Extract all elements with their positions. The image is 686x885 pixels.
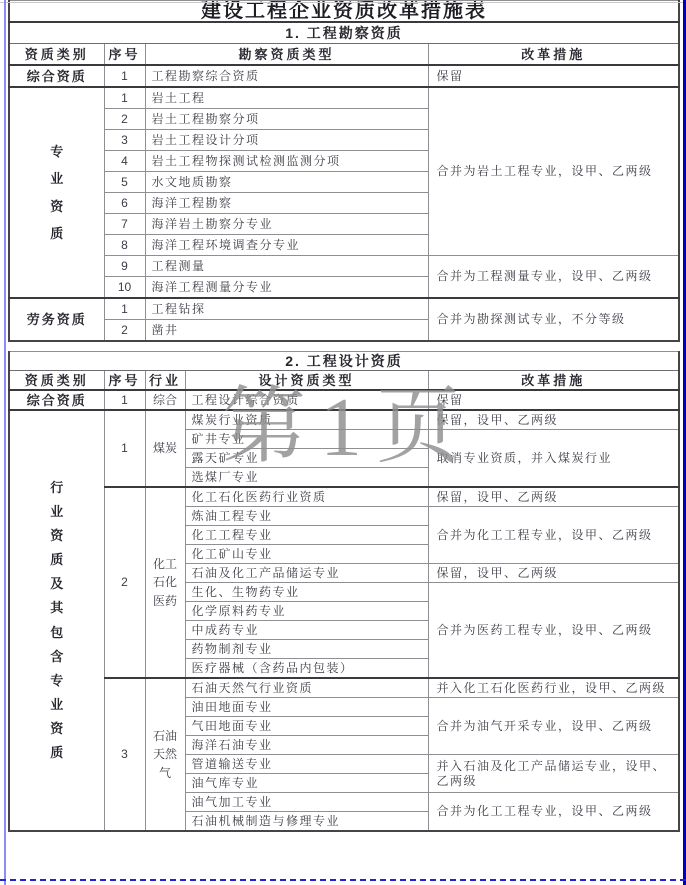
serial-cell: 3 <box>104 130 145 151</box>
serial-cell: 3 <box>104 678 145 831</box>
measure-cell: 保留，设甲、乙两级 <box>428 410 679 430</box>
serial-cell: 1 <box>104 410 145 487</box>
type-cell: 化工矿山专业 <box>185 545 428 564</box>
industry-label: 石油天然气 <box>152 727 179 783</box>
measure-cell: 合并为勘探测试专业，不分等级 <box>428 298 679 341</box>
type-cell: 海洋工程环境调查分专业 <box>145 235 428 256</box>
type-cell: 油气库专业 <box>185 774 428 793</box>
measure-cell: 并入石油及化工产品储运专业，设甲、乙两级 <box>428 755 679 793</box>
section-row: 2. 工程设计资质 <box>9 352 679 371</box>
category-vertical-label: 专业资质 <box>49 138 64 247</box>
table-row: 综合资质 1 工程勘察综合资质 保留 <box>9 65 679 87</box>
survey-qualification-table: 建设工程企业资质改革措施表 1. 工程勘察资质 资质类别 序号 勘察资质类型 改… <box>8 0 680 342</box>
category-cell: 行业资质及其包含专业资质 <box>9 410 104 831</box>
type-cell: 露天矿专业 <box>185 449 428 468</box>
industry-label: 化工石化医药 <box>152 555 179 611</box>
measure-cell: 合并为化工工程专业，设甲、乙两级 <box>428 793 679 832</box>
type-cell: 海洋石油专业 <box>185 736 428 755</box>
type-cell: 工程设计综合资质 <box>185 390 428 410</box>
table-row: 2 化工石化医药 化工石化医药行业资质 保留，设甲、乙两级 <box>9 487 679 507</box>
col-header-serial: 序号 <box>104 371 145 391</box>
serial-cell: 1 <box>104 390 145 410</box>
measure-cell: 保留，设甲、乙两级 <box>428 487 679 507</box>
page-top-edge-line <box>0 2 686 3</box>
category-cell: 综合资质 <box>9 65 104 87</box>
table-row: 专业资质 1 岩土工程 合并为岩土工程专业，设甲、乙两级 <box>9 87 679 109</box>
table-row: 综合资质 1 综合 工程设计综合资质 保留 <box>9 390 679 410</box>
type-cell: 水文地质勘察 <box>145 172 428 193</box>
type-cell: 石油机械制造与修理专业 <box>185 812 428 832</box>
type-cell: 选煤厂专业 <box>185 468 428 488</box>
type-cell: 油气加工专业 <box>185 793 428 812</box>
type-cell: 石油及化工产品储运专业 <box>185 564 428 583</box>
serial-cell: 4 <box>104 151 145 172</box>
type-cell: 岩土工程 <box>145 87 428 109</box>
type-cell: 气田地面专业 <box>185 717 428 736</box>
type-cell: 海洋工程测量分专业 <box>145 277 428 299</box>
serial-cell: 1 <box>104 298 145 320</box>
col-header-category: 资质类别 <box>9 371 104 391</box>
type-cell: 化工工程专业 <box>185 526 428 545</box>
col-header-measure: 改革措施 <box>428 44 679 66</box>
serial-cell: 1 <box>104 65 145 87</box>
type-cell: 岩土工程设计分项 <box>145 130 428 151</box>
type-cell: 凿井 <box>145 320 428 342</box>
table-row: 9 工程测量 合并为工程测量专业，设甲、乙两级 <box>9 256 679 277</box>
type-cell: 中成药专业 <box>185 621 428 640</box>
measure-cell: 保留 <box>428 390 679 410</box>
type-cell: 海洋岩土勘察分专业 <box>145 214 428 235</box>
type-cell: 药物制剂专业 <box>185 640 428 659</box>
measure-cell: 合并为医药工程专业，设甲、乙两级 <box>428 583 679 679</box>
industry-cell: 综合 <box>145 390 185 410</box>
serial-cell: 10 <box>104 277 145 299</box>
measure-cell: 保留，设甲、乙两级 <box>428 564 679 583</box>
serial-cell: 7 <box>104 214 145 235</box>
serial-cell: 2 <box>104 320 145 342</box>
serial-cell: 8 <box>104 235 145 256</box>
serial-cell: 6 <box>104 193 145 214</box>
industry-cell: 煤炭 <box>145 410 185 487</box>
category-cell: 专业资质 <box>9 87 104 298</box>
table-title-row: 建设工程企业资质改革措施表 <box>9 1 679 23</box>
page-break-dashed-line <box>0 879 686 881</box>
col-header-serial: 序号 <box>104 44 145 66</box>
type-cell: 化工石化医药行业资质 <box>185 487 428 507</box>
header-row: 资质类别 序号 勘察资质类型 改革措施 <box>9 44 679 66</box>
type-cell: 石油天然气行业资质 <box>185 678 428 698</box>
type-cell: 管道输送专业 <box>185 755 428 774</box>
category-vertical-label: 行业资质及其包含专业资质 <box>49 476 64 765</box>
industry-cell: 化工石化医药 <box>145 487 185 678</box>
page-left-margin-line <box>4 0 6 885</box>
measure-cell: 取消专业资质，并入煤炭行业 <box>428 430 679 488</box>
measure-cell: 合并为化工工程专业，设甲、乙两级 <box>428 507 679 564</box>
measure-cell: 保留 <box>428 65 679 87</box>
col-header-category: 资质类别 <box>9 44 104 66</box>
col-header-industry: 行业 <box>145 371 185 391</box>
serial-cell: 2 <box>104 487 145 678</box>
type-cell: 煤炭行业资质 <box>185 410 428 430</box>
type-cell: 工程勘察综合资质 <box>145 65 428 87</box>
section-title-survey: 1. 工程勘察资质 <box>9 22 679 44</box>
type-cell: 工程测量 <box>145 256 428 277</box>
type-cell: 医疗器械（含药品内包装） <box>185 659 428 679</box>
serial-cell: 5 <box>104 172 145 193</box>
serial-cell: 1 <box>104 87 145 109</box>
header-row: 资质类别 序号 行业 设计资质类型 改革措施 <box>9 371 679 391</box>
table-row: 3 石油天然气 石油天然气行业资质 并入化工石化医药行业，设甲、乙两级 <box>9 678 679 698</box>
serial-cell: 2 <box>104 109 145 130</box>
col-header-measure: 改革措施 <box>428 371 679 391</box>
serial-cell: 9 <box>104 256 145 277</box>
table-row: 劳务资质 1 工程钻探 合并为勘探测试专业，不分等级 <box>9 298 679 320</box>
design-qualification-table: 2. 工程设计资质 资质类别 序号 行业 设计资质类型 改革措施 综合资质 1 … <box>8 351 680 832</box>
col-header-design-type: 设计资质类型 <box>185 371 428 391</box>
industry-cell: 石油天然气 <box>145 678 185 831</box>
type-cell: 工程钻探 <box>145 298 428 320</box>
type-cell: 生化、生物药专业 <box>185 583 428 602</box>
type-cell: 化学原料药专业 <box>185 602 428 621</box>
type-cell: 油田地面专业 <box>185 698 428 717</box>
type-cell: 矿井专业 <box>185 430 428 449</box>
measure-cell: 合并为工程测量专业，设甲、乙两级 <box>428 256 679 299</box>
type-cell: 岩土工程物探测试检测监测分项 <box>145 151 428 172</box>
type-cell: 岩土工程勘察分项 <box>145 109 428 130</box>
type-cell: 海洋工程勘察 <box>145 193 428 214</box>
measure-cell: 并入化工石化医药行业，设甲、乙两级 <box>428 678 679 698</box>
document-page: 第1页 建设工程企业资质改革措施表 1. 工程勘察资质 资质类别 序号 勘察资质… <box>0 0 686 885</box>
category-cell: 综合资质 <box>9 390 104 410</box>
type-cell: 炼油工程专业 <box>185 507 428 526</box>
section-title-design: 2. 工程设计资质 <box>9 352 679 371</box>
category-cell: 劳务资质 <box>9 298 104 341</box>
section-row: 1. 工程勘察资质 <box>9 22 679 44</box>
measure-cell: 合并为油气开采专业，设甲、乙两级 <box>428 698 679 755</box>
document-title: 建设工程企业资质改革措施表 <box>9 1 679 23</box>
col-header-survey-type: 勘察资质类型 <box>145 44 428 66</box>
industry-label: 煤炭 <box>152 439 179 458</box>
table-row: 行业资质及其包含专业资质 1 煤炭 煤炭行业资质 保留，设甲、乙两级 <box>9 410 679 430</box>
measure-cell: 合并为岩土工程专业，设甲、乙两级 <box>428 87 679 256</box>
